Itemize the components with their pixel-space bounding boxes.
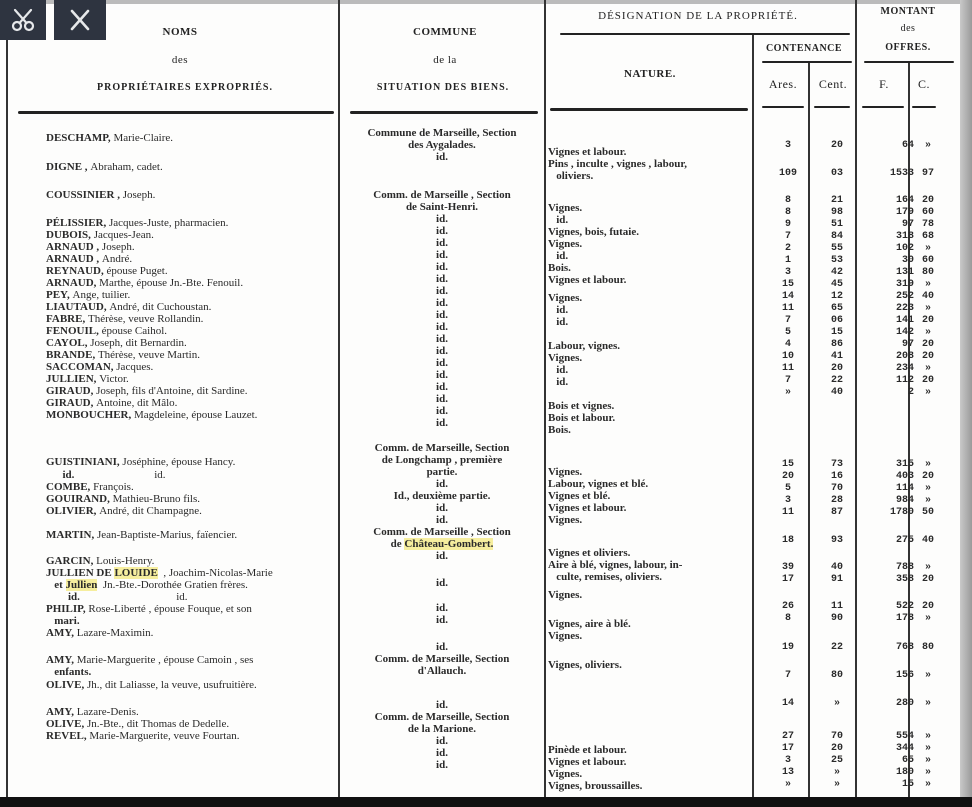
ares-value: 5 [762,483,814,494]
scissors-icon [9,6,37,34]
owner-surname: id. [46,591,80,603]
ares-value: 7 [762,315,814,326]
nature-entry: id. [548,251,758,262]
ares-value: 7 [762,375,814,386]
centiares-value: 15 [814,327,860,338]
commune-entry: id. [342,358,542,369]
owner-entry: MARTIN, Jean-Baptiste-Marius, faïencier. [46,530,336,541]
commune-text: id. [436,747,448,759]
francs-value: 131 [862,267,914,278]
centiares-value: 70 [814,731,860,742]
col-divider-commune [544,0,546,797]
commune-entry: id. [342,298,542,309]
owner-entry: REVEL, Marie-Marguerite, veuve Fourtan. [46,731,336,742]
owner-entry: SACCOMAN, Jacques. [46,362,336,373]
commune-entry: id. [342,748,542,759]
owner-given-names: Louis-Henry. [96,555,154,567]
nature-entry: culte, remises, oliviers. [548,572,758,583]
ares-value: 27 [762,731,814,742]
owner-given-names: épouse Caihol. [102,325,167,337]
nature-entry: Vignes. [548,293,758,304]
centimes-value: 20 [916,315,940,326]
centiares-value: 42 [814,267,860,278]
centiares-value: 22 [814,375,860,386]
header-rule-ares [762,106,804,108]
nature-entry: Bois. [548,263,758,274]
centimes-value: » [916,495,940,506]
nature-entry: Pinède et labour. [548,745,758,756]
nature-entry: Vignes. [548,515,758,526]
centimes-value: » [916,779,940,790]
header-rule-contenance [762,61,852,63]
header-rule-nature [550,108,748,111]
nature-entry: Vignes, oliviers. [548,660,758,671]
ares-value: 11 [762,507,814,518]
centimes-value: » [916,670,940,681]
centimes-value: 20 [916,195,940,206]
nature-entry: Vignes. [548,467,758,478]
owner-surname: et [46,579,66,591]
header-francs: F. [860,77,908,92]
owner-surname: GOUIRAND, [46,493,110,505]
centiares-value: 20 [814,140,860,151]
owner-given-names: Jn.-Bte., dit Thomas de Dedelle. [87,718,229,730]
nature-entry: Vignes et labour. [548,757,758,768]
owner-surname: OLIVIER, [46,505,96,517]
centimes-value: » [916,731,940,742]
commune-text: id. [436,151,448,163]
owner-surname: PHILIP, [46,603,86,615]
centimes-value: » [916,243,940,254]
ares-value: 109 [762,168,814,179]
francs-value: 554 [862,731,914,742]
nature-entry: Vignes et blé. [548,491,758,502]
header-rule-francs [862,106,904,108]
ares-value: 8 [762,195,814,206]
commune-text: de Saint-Henri. [406,201,478,213]
owner-surname: GARCIN, [46,555,93,567]
centimes-value: 40 [916,291,940,302]
nature-entry: Bois et labour. [548,413,758,424]
francs-value: 179 [862,207,914,218]
centiares-value: 22 [814,642,860,653]
ares-value: 39 [762,562,814,573]
centiares-value: 73 [814,459,860,470]
centimes-value: » [916,743,940,754]
owner-entry: OLIVIER, André, dit Champagne. [46,506,336,517]
owner-given-names: Lazare-Denis. [77,706,139,718]
ares-value: 26 [762,601,814,612]
header-proprietaires: PROPRIÉTAIRES EXPROPRIÉS. [40,82,330,93]
commune-entry: Commune de Marseille, Section [342,128,542,139]
centiares-value: 51 [814,219,860,230]
centiares-value: 84 [814,231,860,242]
owner-entry: REYNAUD, épouse Puget. [46,266,336,277]
owner-entry: LIAUTAUD, André, dit Cuchoustan. [46,302,336,313]
owner-entry: mari. [46,616,336,627]
commune-entry: id. [342,214,542,225]
commune-text: id. [436,417,448,429]
owner-surname: REYNAUD, [46,265,104,277]
owner-surname: PEY, [46,289,70,301]
nature-entry: Vignes et labour. [548,147,758,158]
nature-entry: Bois. [548,425,758,436]
header-rule-centimes [912,106,936,108]
commune-text: id. [436,249,448,261]
owner-given-names: Jacques-Jean. [94,229,154,241]
ares-value: 10 [762,351,814,362]
centimes-value: » [916,483,940,494]
owner-surname: DIGNE , [46,161,88,173]
centiares-value: 03 [814,168,860,179]
owner-given-names: Thérèse, veuve Rollandin. [88,313,203,325]
nature-entry: Vignes. [548,631,758,642]
nature-entry: Vignes, broussailles. [548,781,758,792]
commune-text: id. [436,345,448,357]
commune-entry: id. [342,310,542,321]
francs-value: 984 [862,495,914,506]
nature-entry: Vignes. [548,590,758,601]
centiares-value: 93 [814,535,860,546]
ares-value: 13 [762,767,814,778]
ares-value: 7 [762,231,814,242]
owner-entry: COUSSINIER , Joseph. [46,190,336,201]
commune-text: id. [436,297,448,309]
nature-entry: id. [548,365,758,376]
francs-value: 164 [862,195,914,206]
centimes-value: 20 [916,471,940,482]
commune-text: id. [436,225,448,237]
owner-entry: DIGNE , Abraham, cadet. [46,162,336,173]
nature-entry: Vignes et oliviers. [548,548,758,559]
ares-value: 3 [762,755,814,766]
commune-entry: Comm. de Marseille, Section [342,443,542,454]
nature-entry: Vignes et labour. [548,275,758,286]
commune-entry: id. [342,760,542,771]
owner-entry: MONBOUCHER, Magdeleine, épouse Lauzet. [46,410,336,421]
owner-given-names: François. [93,481,134,493]
nature-entry: Vignes. [548,769,758,780]
francs-value: 403 [862,471,914,482]
owner-surname: REVEL, [46,730,87,742]
owner-surname: MARTIN, [46,529,94,541]
francs-value: 788 [862,562,914,573]
commune-text: id. [436,321,448,333]
centiares-value: 90 [814,613,860,624]
col-divider-names [338,0,340,797]
owner-entry: ARNAUD, Marthe, épouse Jn.-Bte. Fenouil. [46,278,336,289]
owner-given-names: id. [77,469,165,481]
owner-surname: ARNAUD , [46,253,99,265]
ares-value: 3 [762,140,814,151]
owner-surname: CAYOL, [46,337,87,349]
commune-text: id. [436,699,448,711]
centiares-value: 11 [814,601,860,612]
page-right-shadow [960,0,972,807]
commune-text: des Aygalades. [408,139,476,151]
francs-value: 102 [862,243,914,254]
owner-given-names: Joseph, fils d'Antoine, dit Sardine. [96,385,247,397]
commune-text: Comm. de Marseille, Section [375,442,510,454]
owner-given-names: Mathieu-Bruno fils. [113,493,200,505]
highlighted-search-term: Jullien [66,579,98,591]
owner-entry: enfants. [46,667,336,678]
centimes-value: » [916,613,940,624]
header-nature: NATURE. [560,68,740,80]
owner-entry: FENOUIL, épouse Caihol. [46,326,336,337]
francs-value: 97 [862,339,914,350]
francs-value: 142 [862,327,914,338]
owner-entry: JULLIEN DE LOUIDE , Joachim-Nicolas-Mari… [46,568,336,579]
ares-value: 18 [762,535,814,546]
francs-value: 15 [862,779,914,790]
commune-entry: id. [342,603,542,614]
centiares-value: » [814,779,860,790]
owner-entry: et Jullien Jn.-Bte.-Dorothée Gratien frè… [46,580,336,591]
commune-entry: id. [342,346,542,357]
highlighted-search-term: LOUIDE [114,567,157,579]
owner-surname: SACCOMAN, [46,361,114,373]
commune-entry: id. [342,515,542,526]
header-rule-designation [560,33,850,35]
owner-entry: GIRAUD, Joseph, fils d'Antoine, dit Sard… [46,386,336,397]
nature-entry: Labour, vignes et blé. [548,479,758,490]
header-montant: MONTANT [858,6,958,17]
centiares-value: 16 [814,471,860,482]
nature-entry: id. [548,317,758,328]
nature-entry: Aire à blé, vignes, labour, in- [548,560,758,571]
commune-text: id. [436,550,448,562]
owner-surname: OLIVE, [46,679,84,691]
owner-entry: DUBOIS, Jacques-Jean. [46,230,336,241]
ares-value: 8 [762,613,814,624]
owner-entry: ARNAUD , André. [46,254,336,265]
ares-value: 11 [762,363,814,374]
header-ares: Ares. [758,77,808,92]
centiares-value: 87 [814,507,860,518]
centiares-value: » [814,767,860,778]
owner-given-names: Antoine, dit Mâlo. [96,397,177,409]
centimes-value: 20 [916,375,940,386]
centiares-value: 25 [814,755,860,766]
francs-value: 112 [862,375,914,386]
francs-value: 208 [862,351,914,362]
commune-entry: Comm. de Marseille, Section [342,654,542,665]
owner-entry: DESCHAMP, Marie-Claire. [46,133,336,144]
owner-entry: COMBE, François. [46,482,336,493]
owner-given-names: Joseph. [102,241,135,253]
centimes-value: 60 [916,207,940,218]
centimes-value: » [916,303,940,314]
centiares-value: 91 [814,574,860,585]
owner-given-names: Marie-Marguerite , épouse Camoin , ses [77,654,254,666]
owner-surname: OLIVE, [46,718,84,730]
owner-surname: PÉLISSIER, [46,217,106,229]
commune-text: Comm. de Marseille , Section [373,526,510,538]
commune-entry: de Saint-Henri. [342,202,542,213]
commune-text: id. [436,759,448,771]
owner-surname: ARNAUD , [46,241,99,253]
owner-surname: AMY, [46,654,74,666]
francs-value: 522 [862,601,914,612]
centimes-value: 20 [916,574,940,585]
centiares-value: 80 [814,670,860,681]
header-centimes: C. [910,77,938,92]
centimes-value: » [916,459,940,470]
owner-given-names: Ange, tuilier. [73,289,131,301]
centimes-value: 20 [916,339,940,350]
owner-surname: COMBE, [46,481,90,493]
ares-value: 17 [762,574,814,585]
owner-given-names: Joséphine, épouse Hancy. [122,456,235,468]
commune-text: Id., deuxième partie. [394,490,491,502]
commune-entry: id. [342,736,542,747]
commune-text: id. [436,369,448,381]
owner-surname: GIRAUD, [46,385,93,397]
owner-entry: PHILIP, Rose-Liberté , épouse Fouque, et… [46,604,336,615]
owner-surname: id. [46,469,74,481]
commune-entry: Id., deuxième partie. [342,491,542,502]
centiares-value: 40 [814,562,860,573]
owner-surname: JULLIEN, [46,373,96,385]
owner-entry: GARCIN, Louis-Henry. [46,556,336,567]
nature-entry: id. [548,215,758,226]
francs-value: 275 [862,535,914,546]
owner-given-names: Joseph, dit Bernardin. [90,337,187,349]
header-noms: NOMS [110,26,250,38]
francs-value: 223 [862,303,914,314]
centiares-value: 20 [814,363,860,374]
owner-given-names: Jn.-Bte.-Dorothée Gratien frères. [100,579,248,591]
centiares-value: 98 [814,207,860,218]
owner-entry: id. id. [46,470,336,481]
centiares-value: » [814,698,860,709]
francs-value: 318 [862,231,914,242]
header-rule-commune [350,111,538,114]
francs-value: 358 [862,574,914,585]
commune-text: id. [436,357,448,369]
nature-entry: Vignes. [548,239,758,250]
commune-entry: id. [342,418,542,429]
ares-value: 20 [762,471,814,482]
owner-given-names: Marie-Marguerite, veuve Fourtan. [89,730,239,742]
francs-value: 180 [862,767,914,778]
owner-given-names: , Joachim-Nicolas-Marie [161,567,273,579]
owner-given-names: Abraham, cadet. [90,161,162,173]
ares-value: 8 [762,207,814,218]
owner-given-names: Lazare-Maximin. [77,627,154,639]
ares-value: 11 [762,303,814,314]
commune-text: id. [436,514,448,526]
commune-entry: id. [342,615,542,626]
centimes-value: 50 [916,507,940,518]
owner-surname: BRANDE, [46,349,95,361]
owner-entry: CAYOL, Joseph, dit Bernardin. [46,338,336,349]
close-button[interactable] [54,0,106,40]
nature-entry: Vignes et labour. [548,503,758,514]
owner-surname: AMY, [46,706,74,718]
owner-given-names: Jean-Baptiste-Marius, faïencier. [97,529,237,541]
owner-surname: JULLIEN DE [46,567,114,579]
nature-entry: Labour, vignes. [548,341,758,352]
commune-entry: de Longchamp , première [342,455,542,466]
header-offres: OFFRES. [858,42,958,53]
francs-value: 252 [862,291,914,302]
nature-entry: Vignes. [548,203,758,214]
commune-text: de [391,538,405,550]
owner-given-names: Jacques-Juste, pharmacien. [109,217,228,229]
commune-entry: de la Marione. [342,724,542,735]
commune-text: id. [436,478,448,490]
centimes-value: » [916,755,940,766]
header-rule-montant [864,61,954,63]
owner-entry: GUISTINIANI, Joséphine, épouse Hancy. [46,457,336,468]
commune-entry: Comm. de Marseille, Section [342,712,542,723]
commune-entry: id. [342,238,542,249]
commune-entry: id. [342,286,542,297]
commune-entry: id. [342,578,542,589]
cut-button[interactable] [0,0,46,40]
centiares-value: 41 [814,351,860,362]
francs-value: 234 [862,363,914,374]
owner-entry: AMY, Lazare-Denis. [46,707,336,718]
commune-text: id. [436,237,448,249]
francs-value: 97 [862,219,914,230]
nature-entry: Vignes, aire à blé. [548,619,758,630]
owner-surname: FENOUIL, [46,325,99,337]
owner-surname: DESCHAMP, [46,132,111,144]
header-contenance: CONTENANCE [754,43,854,54]
header-commune: COMMUNE [350,26,540,38]
francs-value: 1533 [862,168,914,179]
commune-entry: id. [342,479,542,490]
header-rule-names [18,111,334,114]
commune-text: id. [436,213,448,225]
francs-value: 344 [862,743,914,754]
ares-value: 7 [762,670,814,681]
commune-entry: de Château-Gombert. [342,539,542,550]
owner-given-names: Joseph. [123,189,156,201]
owner-given-names: Marie-Claire. [113,132,173,144]
centimes-value: » [916,387,940,398]
commune-text: id. [436,381,448,393]
centiares-value: 70 [814,483,860,494]
francs-value: 114 [862,483,914,494]
ares-value: 19 [762,642,814,653]
francs-value: 768 [862,642,914,653]
owner-given-names: id. [83,591,188,603]
header-designation: DÉSIGNATION DE LA PROPRIÉTÉ. [548,10,848,22]
owner-given-names: Magdeleine, épouse Lauzet. [134,409,257,421]
commune-text: Commune de Marseille, Section [367,127,516,139]
close-icon [67,7,93,33]
owner-surname: mari. [46,615,80,627]
nature-entry: Vignes. [548,353,758,364]
owner-entry: GIRAUD, Antoine, dit Mâlo. [46,398,336,409]
francs-value: 64 [862,140,914,151]
centimes-value: » [916,363,940,374]
centimes-value: 80 [916,642,940,653]
commune-entry: id. [342,503,542,514]
commune-text: id. [436,333,448,345]
nature-entry: Bois et vignes. [548,401,758,412]
owner-entry: FABRE, Thérèse, veuve Rollandin. [46,314,336,325]
owner-entry: GOUIRAND, Mathieu-Bruno fils. [46,494,336,505]
ares-value: 2 [762,243,814,254]
commune-entry: id. [342,551,542,562]
centiares-value: 53 [814,255,860,266]
owner-surname: LIAUTAUD, [46,301,107,313]
